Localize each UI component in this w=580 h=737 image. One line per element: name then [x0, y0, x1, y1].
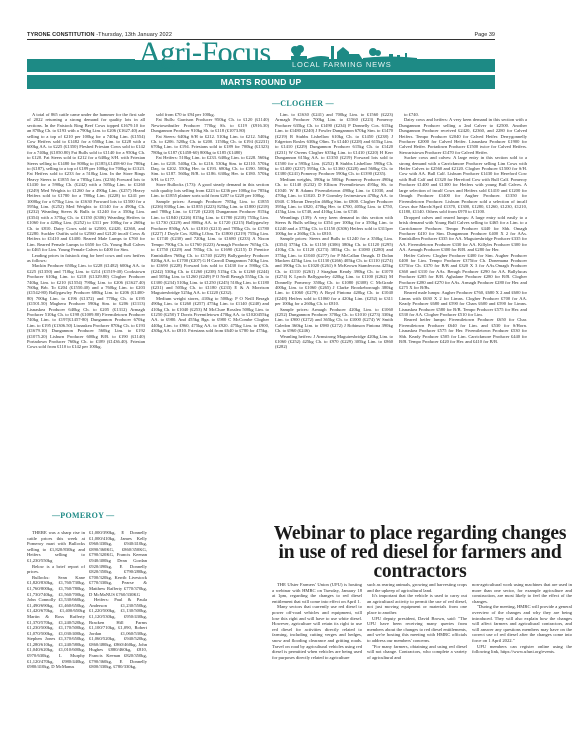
clogher-heading: —CLOGHER — [272, 99, 334, 108]
publication-name: TYRONE CONSTITUTION [27, 32, 95, 38]
paragraph: Fat Bulls: Garrison Producer 950kg Ch. t… [151, 117, 269, 133]
paragraph: Fat Heifers: 510kg Lim. to £233. 640kg L… [151, 155, 269, 182]
masthead-tagline: LOCAL FARMING NEWS [292, 60, 392, 69]
paragraph: Below is a brief report of prices. [27, 564, 85, 575]
paragraph: A total of 865 cattle came under the ham… [27, 112, 145, 253]
paragraph: Reared heifer lumps: Fivemiletown Produc… [399, 317, 527, 344]
paragraph: Weanling heifers: J Armstrong Maguiresbr… [275, 334, 393, 350]
paragraph: Weanlings (139): A very keen demand in t… [275, 215, 393, 237]
paragraph: non-agricultural work using machines tha… [472, 582, 572, 604]
paragraph: Heifers: Paul & Paula Anderson £1,230/55… [89, 597, 147, 670]
article-column-2: such as rearing animals, growing and har… [367, 582, 467, 672]
paragraph: Reared male lumps: Augher Producer £760,… [399, 290, 527, 317]
paragraph: Sample prices: Armagh Producer 420kg Lim… [275, 307, 393, 334]
paragraph: Bullocks: Sean Kane £1,820/830kg, £1,760… [27, 575, 85, 670]
paragraph: "For many farmers, obtaining and using r… [367, 644, 467, 661]
clogher-column-4: to £740. Dairy cows and heifers: A very … [399, 112, 527, 504]
farm-scene-icon [287, 44, 417, 60]
clogher-column-3: Lim. to £1630 (£241) and 700kg Lim. to £… [275, 112, 393, 504]
pomeroy-heading: —POMEROY — [52, 511, 114, 520]
paragraph: Dairy cows and heifers: A very keen dema… [399, 117, 527, 155]
paragraph: UFU deputy president, David Brown, said:… [367, 616, 467, 644]
paragraph: "During the meeting, HMRC will provide a… [472, 604, 572, 643]
paragraph: Many sectors that currently use red dies… [272, 604, 362, 660]
pomeroy-column-1: THERE was a sharp rise in cattle prices … [27, 530, 85, 690]
paragraph: Leading prices in fatstock ring for beef… [27, 253, 145, 264]
masthead-logo: Agri-Focus [139, 38, 271, 68]
article-column-1: THE Ulster Farmers' Union (UFU) is hosti… [272, 582, 362, 672]
paragraph: It's important that the vehicle is used … [367, 593, 467, 615]
paragraph: Medium weight stores, 410kg to 500kg: P … [151, 296, 269, 334]
section-title-bar: MARTS ROUND UP [27, 75, 495, 89]
pomeroy-column-2: £1,000/390kg, E Donnelly £1,000/410kg, J… [89, 530, 147, 690]
paragraph: Fat Steers: 640kg S/H to £212. 510kg Lim… [151, 134, 269, 156]
paragraph: UFU members can register online using th… [472, 644, 572, 655]
paragraph: Medium weights, 390kg to 500kg: Pomeroy … [275, 177, 393, 215]
paragraph: Dropped calves and reared lumps: A large… [399, 215, 527, 253]
paragraph: Heifer Calves: Clogher Producer £400 for… [399, 253, 527, 291]
page-number: Page 39 [475, 32, 496, 38]
clogher-column-2: sold from £70 to £94 per 100kg. Fat Bull… [151, 112, 269, 504]
paragraph: Sample prices: Steers and Bulls to £1240… [275, 236, 393, 306]
paragraph: Sucker cows and calves: A large entry in… [399, 155, 527, 214]
masthead: Agri-Focus LOCAL FARMING NEWS [27, 42, 495, 72]
paragraph: Store Bullocks (173): A good steady dema… [151, 182, 269, 198]
paragraph: THE Ulster Farmers' Union (UFU) is hosti… [272, 582, 362, 604]
paragraph: Mackin Producer 650kg Lim. to £228 (£148… [27, 263, 145, 350]
article-headline: Webinar to place regarding changes in us… [270, 524, 570, 581]
paragraph: THERE was a sharp rise in cattle prices … [27, 530, 85, 564]
clogher-column-1: A total of 865 cattle came under the ham… [27, 112, 145, 504]
paragraph: Lim. to £1630 (£241) and 700kg Lim. to £… [275, 112, 393, 177]
paragraph: such as rearing animals, growing and har… [367, 582, 467, 593]
paragraph: £1,000/390kg, E Donnelly £1,000/410kg, J… [89, 530, 147, 597]
paragraph: Sample prices: Armagh Producer 785kg Lim… [151, 199, 269, 296]
article-column-3: non-agricultural work using machines tha… [472, 582, 572, 672]
